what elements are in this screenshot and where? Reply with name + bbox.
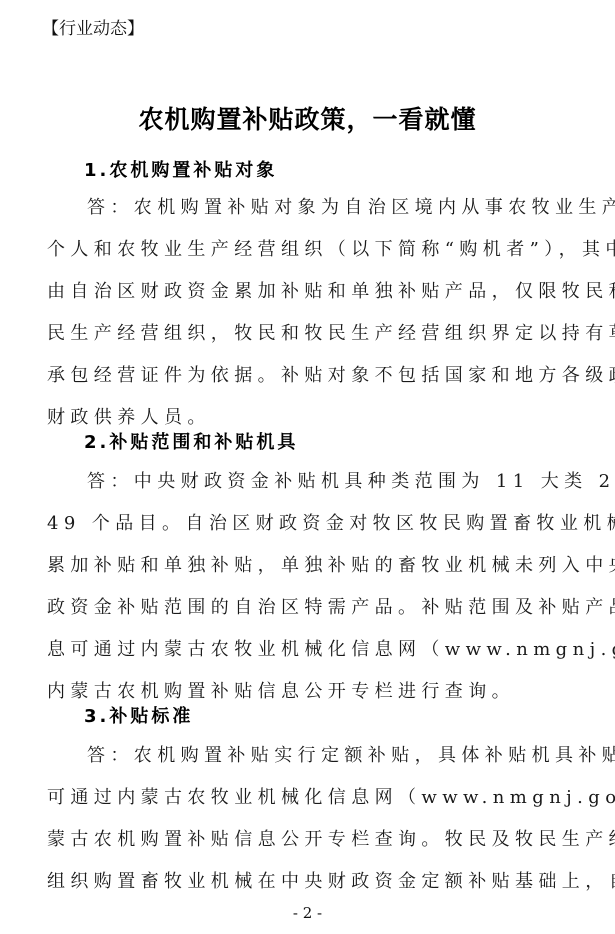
section-tag: 【行业动态】 <box>42 14 144 39</box>
text-line: 个人和农牧业生产经营组织（以下简称“购机者”），其中 <box>47 229 575 271</box>
text-line: 答：农机购置补贴对象为自治区境内从事农牧业生产的 <box>47 187 575 229</box>
text-line: 答：农机购置补贴实行定额补贴，具体补贴机具补贴额 <box>47 735 575 777</box>
section-body-3: 答：农机购置补贴实行定额补贴，具体补贴机具补贴额 可通过内蒙古农牧业机械化信息网… <box>47 735 575 903</box>
text-line: 可通过内蒙古农牧业机械化信息网（www.nmgnj.gov.cn）内 <box>47 777 575 819</box>
section-body-1: 答：农机购置补贴对象为自治区境内从事农牧业生产的 个人和农牧业生产经营组织（以下… <box>47 187 575 439</box>
section-heading-2: 2.补贴范围和补贴机具 <box>84 428 298 454</box>
text-line: 答：中央财政资金补贴机具种类范围为 11 大类 22 小类 <box>47 461 575 503</box>
text-line: 民生产经营组织，牧民和牧民生产经营组织界定以持有草场 <box>47 313 575 355</box>
page-title: 农机购置补贴政策，一看就懂 <box>0 100 615 136</box>
text-line: 息可通过内蒙古农牧业机械化信息网（www.nmgnj.gov.cn） <box>47 629 575 671</box>
text-line: 累加补贴和单独补贴，单独补贴的畜牧业机械未列入中央财 <box>47 545 575 587</box>
section-body-2: 答：中央财政资金补贴机具种类范围为 11 大类 22 小类 49 个品目。自治区… <box>47 461 575 713</box>
text-line: 组织购置畜牧业机械在中央财政资金定额补贴基础上，自治 <box>47 861 575 903</box>
section-heading-1: 1.农机购置补贴对象 <box>84 156 277 182</box>
page-number: - 2 - <box>0 904 615 922</box>
text-line: 承包经营证件为依据。补贴对象不包括国家和地方各级政府 <box>47 355 575 397</box>
text-line: 由自治区财政资金累加补贴和单独补贴产品，仅限牧民和牧 <box>47 271 575 313</box>
text-line: 政资金补贴范围的自治区特需产品。补贴范围及补贴产品信 <box>47 587 575 629</box>
section-heading-3: 3.补贴标准 <box>84 702 193 728</box>
text-line: 49 个品目。自治区财政资金对牧区牧民购置畜牧业机械实行 <box>47 503 575 545</box>
text-line: 蒙古农机购置补贴信息公开专栏查询。牧民及牧民生产经营 <box>47 819 575 861</box>
